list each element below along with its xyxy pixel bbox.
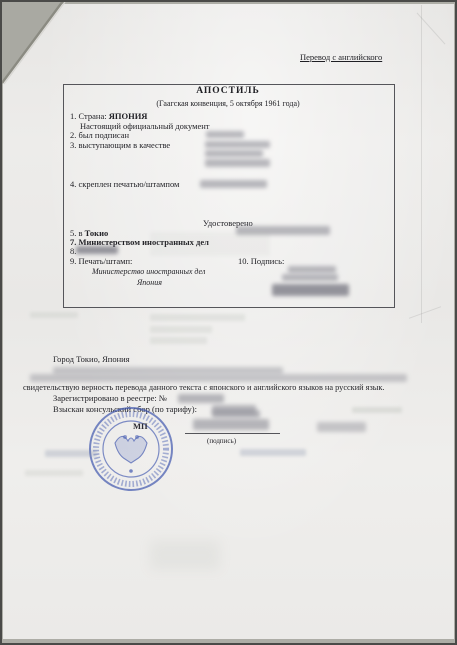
signature-line — [185, 433, 280, 434]
item-acting-as: 3. выступающим в качестве — [70, 140, 170, 150]
item-country-value: ЯПОНИЯ — [109, 111, 148, 121]
bleedthrough-text — [240, 449, 306, 456]
bleedthrough-text — [352, 407, 402, 413]
item-seal-stamp: 4. скреплен печатью/штампом — [70, 179, 179, 189]
paper-crease — [421, 5, 422, 323]
bleedthrough-text — [30, 312, 78, 318]
bleedthrough-text — [150, 232, 270, 256]
scanned-apostille-document: Перевод с английского АПОСТИЛЬ (Гаагская… — [0, 0, 457, 645]
apostille-title: АПОСТИЛЬ — [63, 86, 393, 96]
bleedthrough-text — [150, 314, 245, 321]
redacted-signature-line1 — [288, 266, 336, 273]
redacted-signature-line2 — [282, 274, 338, 281]
redacted-side-note — [317, 422, 366, 432]
redacted-signer-name — [206, 131, 244, 138]
redacted-signature-scribble — [272, 284, 349, 296]
redacted-register-number — [178, 394, 224, 403]
redacted-capacity-line1 — [205, 141, 270, 148]
redacted-notary-line1 — [53, 367, 283, 374]
redacted-consul-signature — [193, 419, 269, 430]
item-seal-label: 9. Печать/штамп: — [70, 256, 132, 266]
seal-country-name: Япония — [137, 278, 162, 288]
redacted-consul-signature-upper — [212, 410, 260, 418]
city-line: Город Токио, Япония — [53, 354, 130, 364]
redacted-seal-name — [200, 180, 267, 188]
certification-statement: свидетельствую верность перевода данного… — [23, 383, 384, 393]
translation-note: Перевод с английского — [300, 52, 382, 62]
apostille-subtitle: (Гаагская конвенция, 5 октября 1961 года… — [63, 99, 393, 109]
bleedthrough-text — [45, 450, 97, 457]
bleedthrough-text — [150, 337, 207, 344]
register-line: Зарегистрировано в реестре: № — [53, 393, 167, 403]
bleedthrough-text — [25, 470, 83, 476]
redacted-notary-line2 — [30, 374, 407, 382]
stamp-place-mark: МП — [133, 421, 148, 431]
item-country-label: 1. Страна: — [70, 111, 109, 121]
double-eagle-emblem — [115, 436, 147, 463]
signature-caption: (подпись) — [207, 436, 236, 446]
item-signature-label: 10. Подпись: — [238, 256, 284, 266]
scan-shadow — [150, 540, 220, 570]
redacted-capacity-line3 — [205, 159, 270, 167]
seal-authority-name: Министерство иностранных дел — [92, 267, 205, 277]
item-country: 1. Страна: ЯПОНИЯ — [70, 111, 147, 121]
consular-round-stamp — [87, 405, 175, 493]
redacted-certificate-number — [76, 246, 118, 254]
redacted-capacity-line2 — [205, 150, 263, 157]
folded-corner — [0, 0, 72, 92]
item-signed-by: 2. был подписан — [70, 130, 129, 140]
bleedthrough-text — [150, 326, 212, 333]
